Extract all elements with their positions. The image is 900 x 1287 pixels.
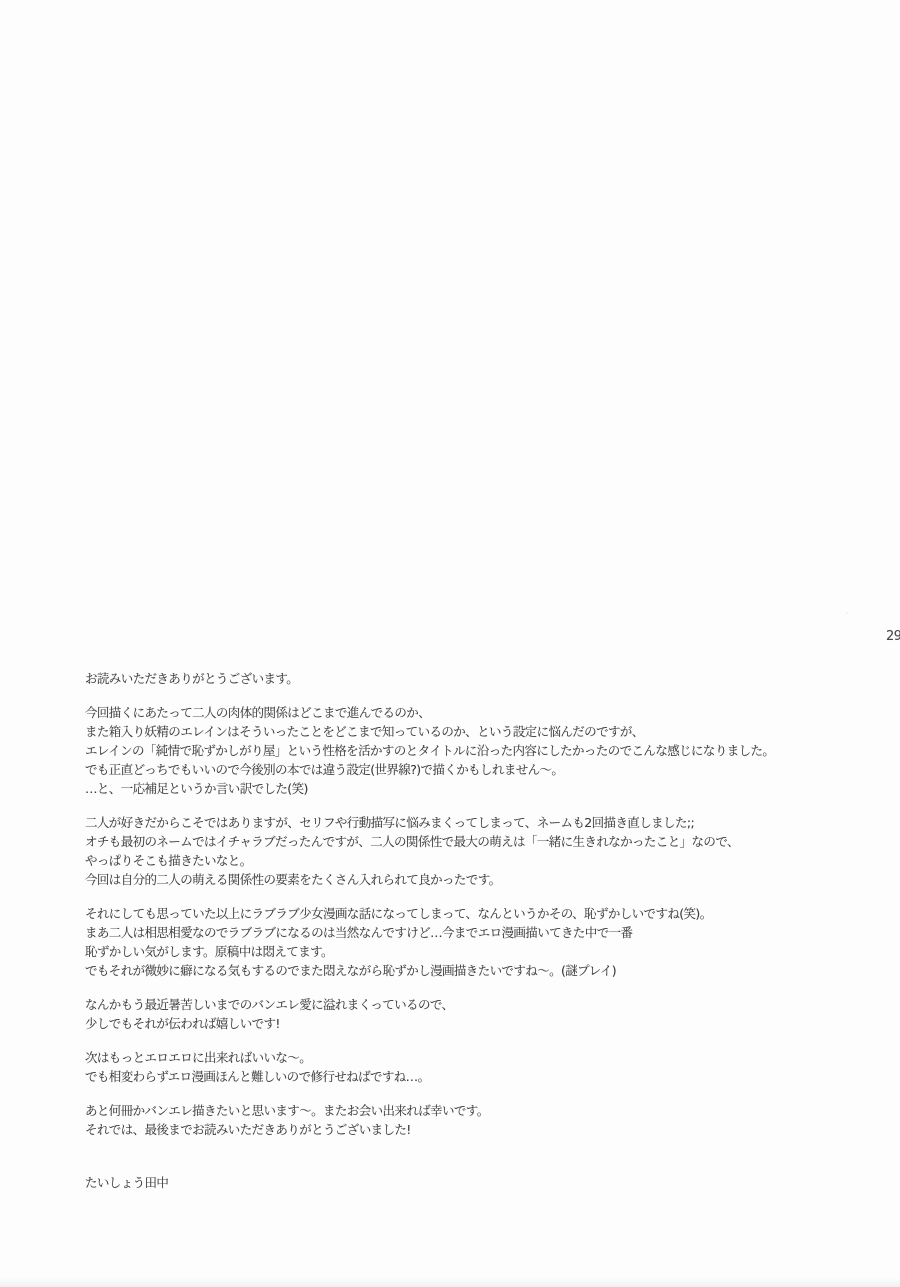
afterword-paragraphs: お読みいただきありがとうございます。今回描くにあたって二人の肉体的関係はどこまで… — [85, 669, 805, 1139]
text-line: でも相変わらずエロ漫画ほんと難しいので修行せねばですね…。 — [85, 1067, 805, 1086]
paragraph: なんかもう最近暑苦しいまでのバンエレ愛に溢れまくっているので、少しでもそれが伝わ… — [85, 995, 805, 1033]
text-line: オチも最初のネームではイチャラブだったんですが、二人の関係性で最大の萌えは「一緒… — [85, 832, 805, 851]
scanned-afterword-page: 29 お読みいただきありがとうございます。今回描くにあたって二人の肉体的関係はど… — [0, 0, 900, 1287]
text-line: まあ二人は相思相愛なのでラブラブになるのは当然なんですけど…今までエロ漫画描いて… — [85, 923, 805, 942]
text-line: それにしても思っていた以上にラブラブ少女漫画な話になってしまって、なんというかそ… — [85, 904, 805, 923]
scan-speck — [95, 351, 97, 353]
text-line: 次はもっとエロエロに出来ればいいな〜。 — [85, 1048, 805, 1067]
scan-bottom-edge — [0, 1278, 900, 1287]
text-line: 恥ずかしい気がします。原稿中は悶えてます。 — [85, 942, 805, 961]
text-line: なんかもう最近暑苦しいまでのバンエレ愛に溢れまくっているので、 — [85, 995, 805, 1014]
text-line: あと何冊かバンエレ描きたいと思います〜。またお会い出来れば幸いです。 — [85, 1101, 805, 1120]
text-line: でも正直どっちでもいいので今後別の本では違う設定(世界線?)で描くかもしれません… — [85, 760, 805, 779]
scan-speck — [846, 612, 848, 614]
text-line: 二人が好きだからこそではありますが、セリフや行動描写に悩みまくってしまって、ネー… — [85, 813, 805, 832]
text-line: また箱入り妖精のエレインはそういったことをどこまで知っているのか、という設定に悩… — [85, 722, 805, 741]
paragraph: 二人が好きだからこそではありますが、セリフや行動描写に悩みまくってしまって、ネー… — [85, 813, 805, 889]
text-line: それでは、最後までお読みいただきありがとうございました! — [85, 1120, 805, 1139]
paragraph: 次はもっとエロエロに出来ればいいな〜。でも相変わらずエロ漫画ほんと難しいので修行… — [85, 1048, 805, 1086]
page-number: 29 — [886, 629, 900, 644]
paragraph: 今回描くにあたって二人の肉体的関係はどこまで進んでるのか、また箱入り妖精のエレイ… — [85, 703, 805, 798]
text-line: エレインの「純情で恥ずかしがり屋」という性格を活かすのとタイトルに沿った内容にし… — [85, 741, 805, 760]
author-signature: たいしょう田中 — [85, 1173, 805, 1192]
text-line: …と、一応補足というか言い訳でした(笑) — [85, 779, 805, 798]
text-line: 今回描くにあたって二人の肉体的関係はどこまで進んでるのか、 — [85, 703, 805, 722]
text-line: お読みいただきありがとうございます。 — [85, 669, 805, 688]
paragraph: お読みいただきありがとうございます。 — [85, 669, 805, 688]
paragraph: あと何冊かバンエレ描きたいと思います〜。またお会い出来れば幸いです。それでは、最… — [85, 1101, 805, 1139]
text-line: でもそれが微妙に癖になる気もするのでまた悶えながら恥ずかし漫画描きたいですね〜。… — [85, 961, 805, 980]
text-line: 少しでもそれが伝われば嬉しいです! — [85, 1014, 805, 1033]
scan-speck — [777, 96, 779, 97]
afterword-text: お読みいただきありがとうございます。今回描くにあたって二人の肉体的関係はどこまで… — [85, 669, 805, 1192]
text-line: 今回は自分的二人の萌える関係性の要素をたくさん入れられて良かったです。 — [85, 870, 805, 889]
text-line: やっぱりそこも描きたいなと。 — [85, 851, 805, 870]
paragraph: それにしても思っていた以上にラブラブ少女漫画な話になってしまって、なんというかそ… — [85, 904, 805, 980]
